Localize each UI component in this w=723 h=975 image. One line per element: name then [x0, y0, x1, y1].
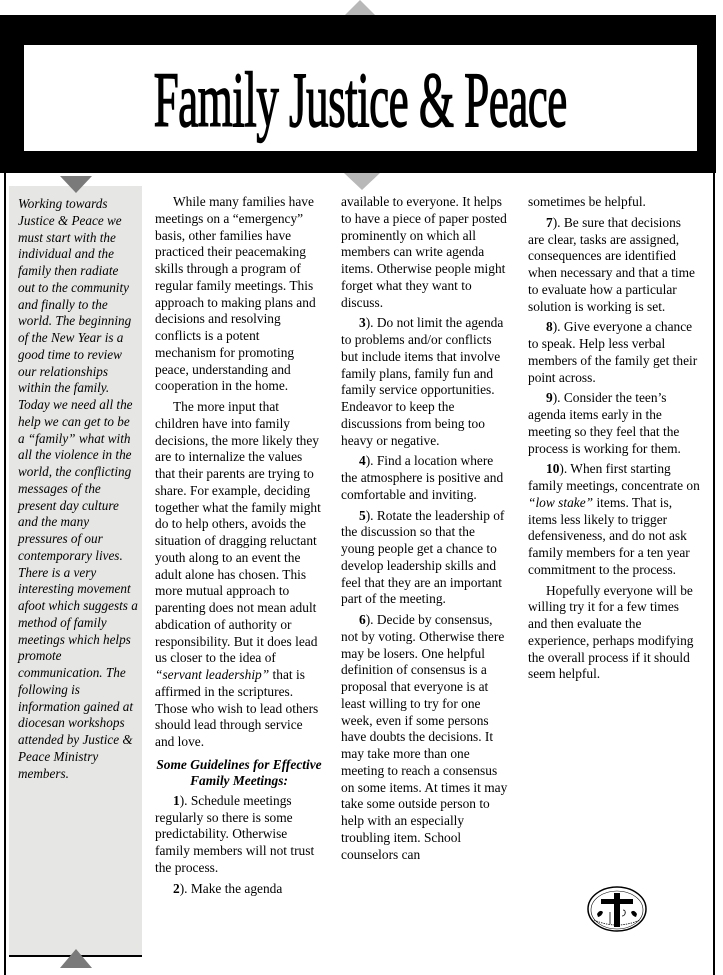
article-column-3: sometimes be helpful. 7). Be sure that d…: [528, 194, 700, 687]
sidebar-top-triangle-ornament: [60, 176, 92, 193]
servant-leadership-emphasis: “servant leadership”: [155, 667, 269, 682]
title-banner: Family Justice & Peace: [0, 15, 716, 173]
guideline-6-start: 6). Decide by consensus, not by voting. …: [341, 612, 511, 863]
page-title: Family Justice & Peace: [154, 61, 567, 139]
guideline-10: 10). When first starting family meetings…: [528, 461, 700, 578]
guideline-4: 4). Find a location where the atmosphere…: [341, 453, 511, 503]
guidelines-heading: Some Guidelines for Effective Family Mee…: [155, 757, 323, 789]
guideline-2-continued: available to everyone. It helps to have …: [341, 194, 511, 311]
banner-bottom-triangle-ornament: [344, 173, 380, 190]
guideline-9: 9). Consider the teen’s agenda items ear…: [528, 390, 700, 457]
title-banner-inner: Family Justice & Peace: [24, 45, 697, 151]
intro-paragraph-1: While many families have meetings on a “…: [155, 194, 323, 395]
intro-paragraph-2: The more input that children have into f…: [155, 399, 323, 751]
guideline-7: 7). Be sure that decisions are clear, ta…: [528, 215, 700, 316]
sidebar-intro-text: Working towards Justice & Peace we must …: [18, 196, 138, 782]
closing-paragraph: Hopefully everyone will be willing try i…: [528, 583, 700, 684]
sidebar-bottom-triangle-ornament: [60, 949, 92, 968]
article-column-2: available to everyone. It helps to have …: [341, 194, 511, 867]
cross-emblem-icon: [586, 884, 648, 934]
guideline-6-continued: sometimes be helpful.: [528, 194, 700, 211]
guideline-2-start: 2). Make the agenda: [155, 881, 323, 898]
article-column-1: While many families have meetings on a “…: [155, 194, 323, 901]
guideline-8: 8). Give everyone a chance to speak. Hel…: [528, 319, 700, 386]
guideline-5: 5). Rotate the leadership of the discuss…: [341, 508, 511, 609]
low-stake-emphasis: “low stake”: [528, 495, 593, 510]
right-border-rule: [713, 173, 715, 975]
left-border-rule: [4, 173, 6, 975]
guideline-1: 1). Schedule meetings regularly so there…: [155, 793, 323, 877]
guideline-3: 3). Do not limit the agenda to problems …: [341, 315, 511, 449]
